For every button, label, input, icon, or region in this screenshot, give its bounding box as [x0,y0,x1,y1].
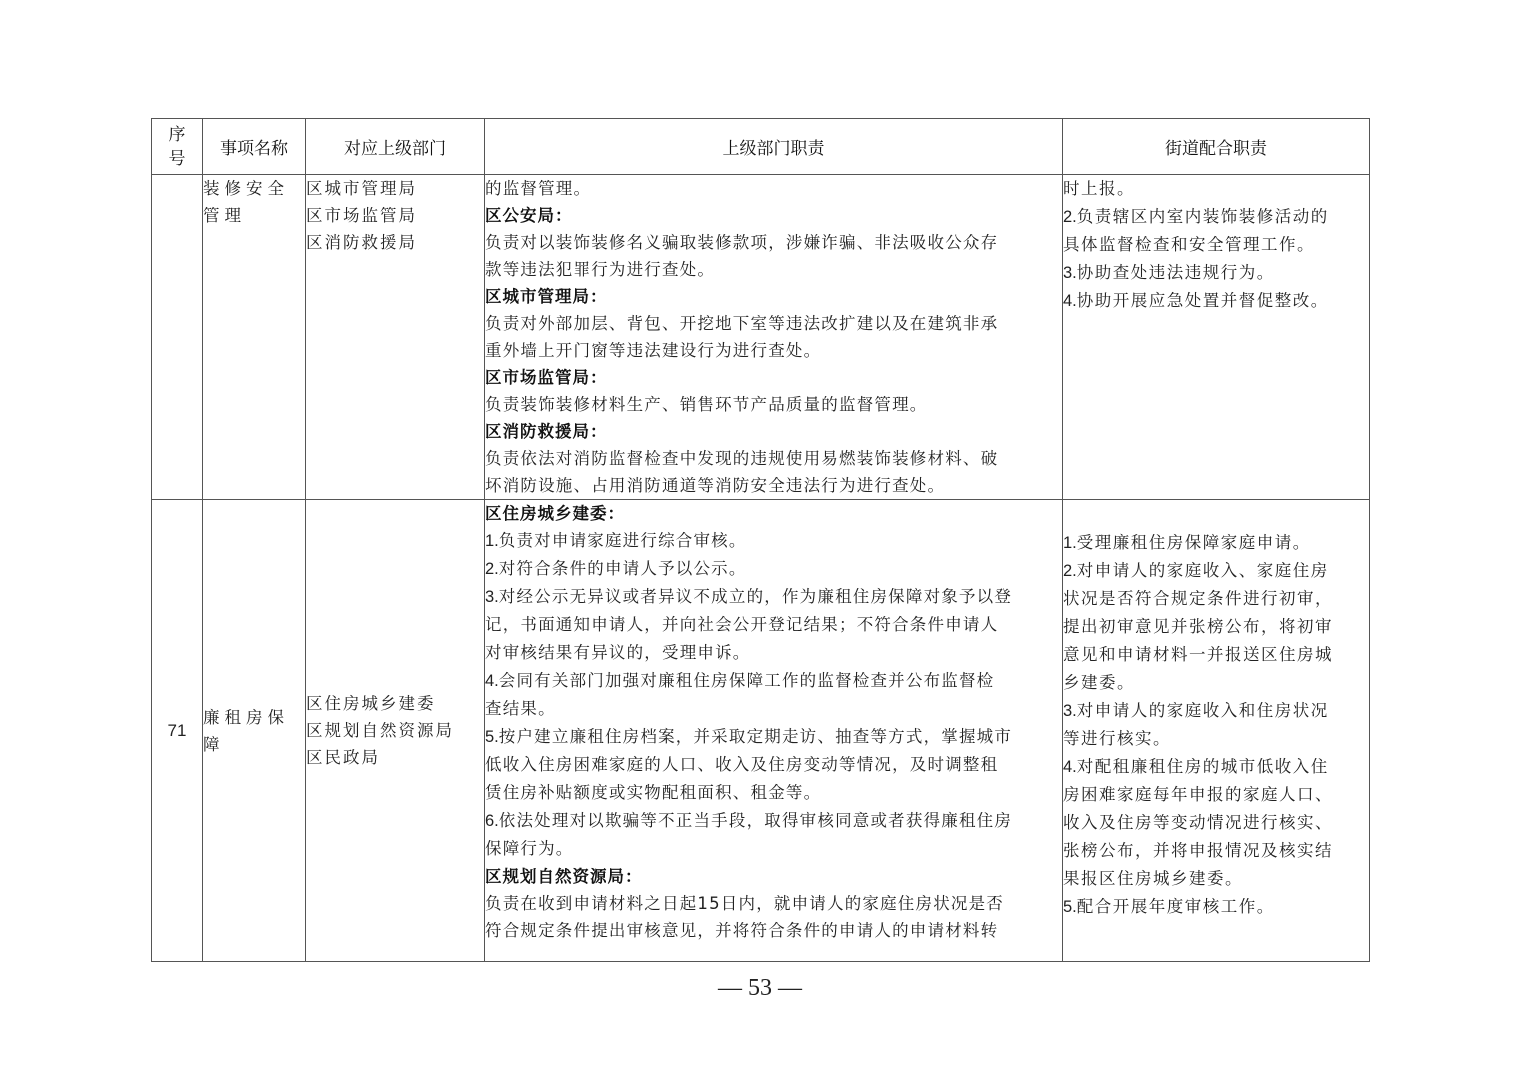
street-duty-line: 乡建委。 [1063,669,1369,697]
department-line: 区民政局 [306,744,484,771]
duty-department-heading: 区公安局： [485,202,1062,229]
street-duty-line: 1.受理廉租住房保障家庭申请。 [1063,529,1369,557]
item-name-line: 装修安全 [203,175,305,202]
duty-department-heading: 区消防救援局： [485,418,1062,445]
street-duty-line: 状况是否符合规定条件进行初审， [1063,585,1369,613]
duty-line: 负责装饰装修材料生产、销售环节产品质量的监督管理。 [485,391,1062,418]
street-duty-line: 张榜公布，并将申报情况及核实结 [1063,837,1369,865]
duty-line: 款等违法犯罪行为进行查处。 [485,256,1062,283]
department-cell: 区住房城乡建委 区规划自然资源局 区民政局 [306,500,485,962]
header-serial-line1: 序 [152,123,202,147]
street-duty-line: 5.配合开展年度审核工作。 [1063,893,1369,921]
duty-line: 1.负责对申请家庭进行综合审核。 [485,527,1062,555]
street-duty-line: 3.对申请人的家庭收入和住房状况 [1063,697,1369,725]
header-superior-department: 对应上级部门 [306,119,485,175]
item-name-cell: 装修安全 管理 [203,175,306,500]
header-superior-duties: 上级部门职责 [485,119,1063,175]
duty-line: 低收入住房困难家庭的人口、收入及住房变动等情况，及时调整租 [485,751,1062,779]
item-name-line: 管理 [203,202,305,229]
duty-line: 6.依法处理对以欺骗等不正当手段，取得审核同意或者获得廉租住房 [485,807,1062,835]
street-duty-line: 果报区住房城乡建委。 [1063,865,1369,893]
header-serial-number: 序 号 [152,119,203,175]
street-duties-cell: 时上报。 2.负责辖区内室内装饰装修活动的 具体监督检查和安全管理工作。 3.协… [1063,175,1370,500]
duty-department-heading: 区住房城乡建委： [485,500,1062,527]
duty-department-heading: 区规划自然资源局： [485,863,1062,890]
duty-line: 对审核结果有异议的，受理申诉。 [485,639,1062,667]
item-name-line: 廉租房保 [203,704,305,731]
table-row: 装修安全 管理 区城市管理局 区市场监管局 区消防救援局 的监督管理。 区公安局… [152,175,1370,500]
street-duty-line: 4.协助开展应急处置并督促整改。 [1063,287,1369,315]
duty-line: 负责依法对消防监督检查中发现的违规使用易燃装饰装修材料、破 [485,445,1062,472]
duty-line: 重外墙上开门窗等违法建设行为进行查处。 [485,337,1062,364]
street-duty-line: 时上报。 [1063,175,1369,203]
street-duties-cell: 1.受理廉租住房保障家庭申请。 2.对申请人的家庭收入、家庭住房 状况是否符合规… [1063,500,1370,962]
street-duty-line: 收入及住房等变动情况进行核实、 [1063,809,1369,837]
street-duty-line: 房困难家庭每年申报的家庭人口、 [1063,781,1369,809]
duty-line: 负责对外部加层、背包、开挖地下室等违法改扩建以及在建筑非承 [485,310,1062,337]
department-line: 区消防救援局 [306,229,484,256]
item-name-line: 障 [203,731,305,758]
duty-line: 查结果。 [485,695,1062,723]
table-row: 71 廉租房保 障 区住房城乡建委 区规划自然资源局 区民政局 区住房城乡建委：… [152,500,1370,962]
duty-line: 符合规定条件提出审核意见，并将符合条件的申请人的申请材料转 [485,917,1062,944]
header-item-name: 事项名称 [203,119,306,175]
page-number: — 53 — [0,975,1520,1002]
department-line: 区市场监管局 [306,202,484,229]
street-duty-line: 具体监督检查和安全管理工作。 [1063,231,1369,259]
duty-line: 赁住房补贴额度或实物配租面积、租金等。 [485,779,1062,807]
duty-line: 5.按户建立廉租住房档案，并采取定期走访、抽查等方式，掌握城市 [485,723,1062,751]
department-cell: 区城市管理局 区市场监管局 区消防救援局 [306,175,485,500]
superior-duties-cell: 的监督管理。 区公安局： 负责对以装饰装修名义骗取装修款项，涉嫌诈骗、非法吸收公… [485,175,1063,500]
duty-line: 4.会同有关部门加强对廉租住房保障工作的监督检查并公布监督检 [485,667,1062,695]
street-duty-line: 提出初审意见并张榜公布，将初审 [1063,613,1369,641]
header-street-duties: 街道配合职责 [1063,119,1370,175]
superior-duties-cell: 区住房城乡建委： 1.负责对申请家庭进行综合审核。 2.对符合条件的申请人予以公… [485,500,1063,962]
duty-department-heading: 区市场监管局： [485,364,1062,391]
duty-department-heading: 区城市管理局： [485,283,1062,310]
serial-number-cell: 71 [152,500,203,962]
duty-line: 2.对符合条件的申请人予以公示。 [485,555,1062,583]
street-duty-line: 3.协助查处违法违规行为。 [1063,259,1369,287]
duty-line: 记，书面通知申请人，并向社会公开登记结果；不符合条件申请人 [485,611,1062,639]
duty-line: 的监督管理。 [485,175,1062,202]
duty-line: 坏消防设施、占用消防通道等消防安全违法行为进行查处。 [485,472,1062,499]
department-line: 区城市管理局 [306,175,484,202]
header-serial-line2: 号 [152,147,202,171]
duty-line: 负责对以装饰装修名义骗取装修款项，涉嫌诈骗、非法吸收公众存 [485,229,1062,256]
duty-line: 保障行为。 [485,835,1062,863]
street-duty-line: 2.负责辖区内室内装饰装修活动的 [1063,203,1369,231]
duty-line: 3.对经公示无异议或者异议不成立的，作为廉租住房保障对象予以登 [485,583,1062,611]
street-duty-line: 2.对申请人的家庭收入、家庭住房 [1063,557,1369,585]
department-line: 区住房城乡建委 [306,690,484,717]
street-duty-line: 等进行核实。 [1063,725,1369,753]
serial-number-cell [152,175,203,500]
item-name-cell: 廉租房保 障 [203,500,306,962]
department-line: 区规划自然资源局 [306,717,484,744]
responsibility-table: 序 号 事项名称 对应上级部门 上级部门职责 街道配合职责 装修安全 管理 区城… [151,118,1370,962]
street-duty-line: 意见和申请材料一并报送区住房城 [1063,641,1369,669]
street-duty-line: 4.对配租廉租住房的城市低收入住 [1063,753,1369,781]
duty-line: 负责在收到申请材料之日起15日内，就申请人的家庭住房状况是否 [485,890,1062,917]
table-header-row: 序 号 事项名称 对应上级部门 上级部门职责 街道配合职责 [152,119,1370,175]
